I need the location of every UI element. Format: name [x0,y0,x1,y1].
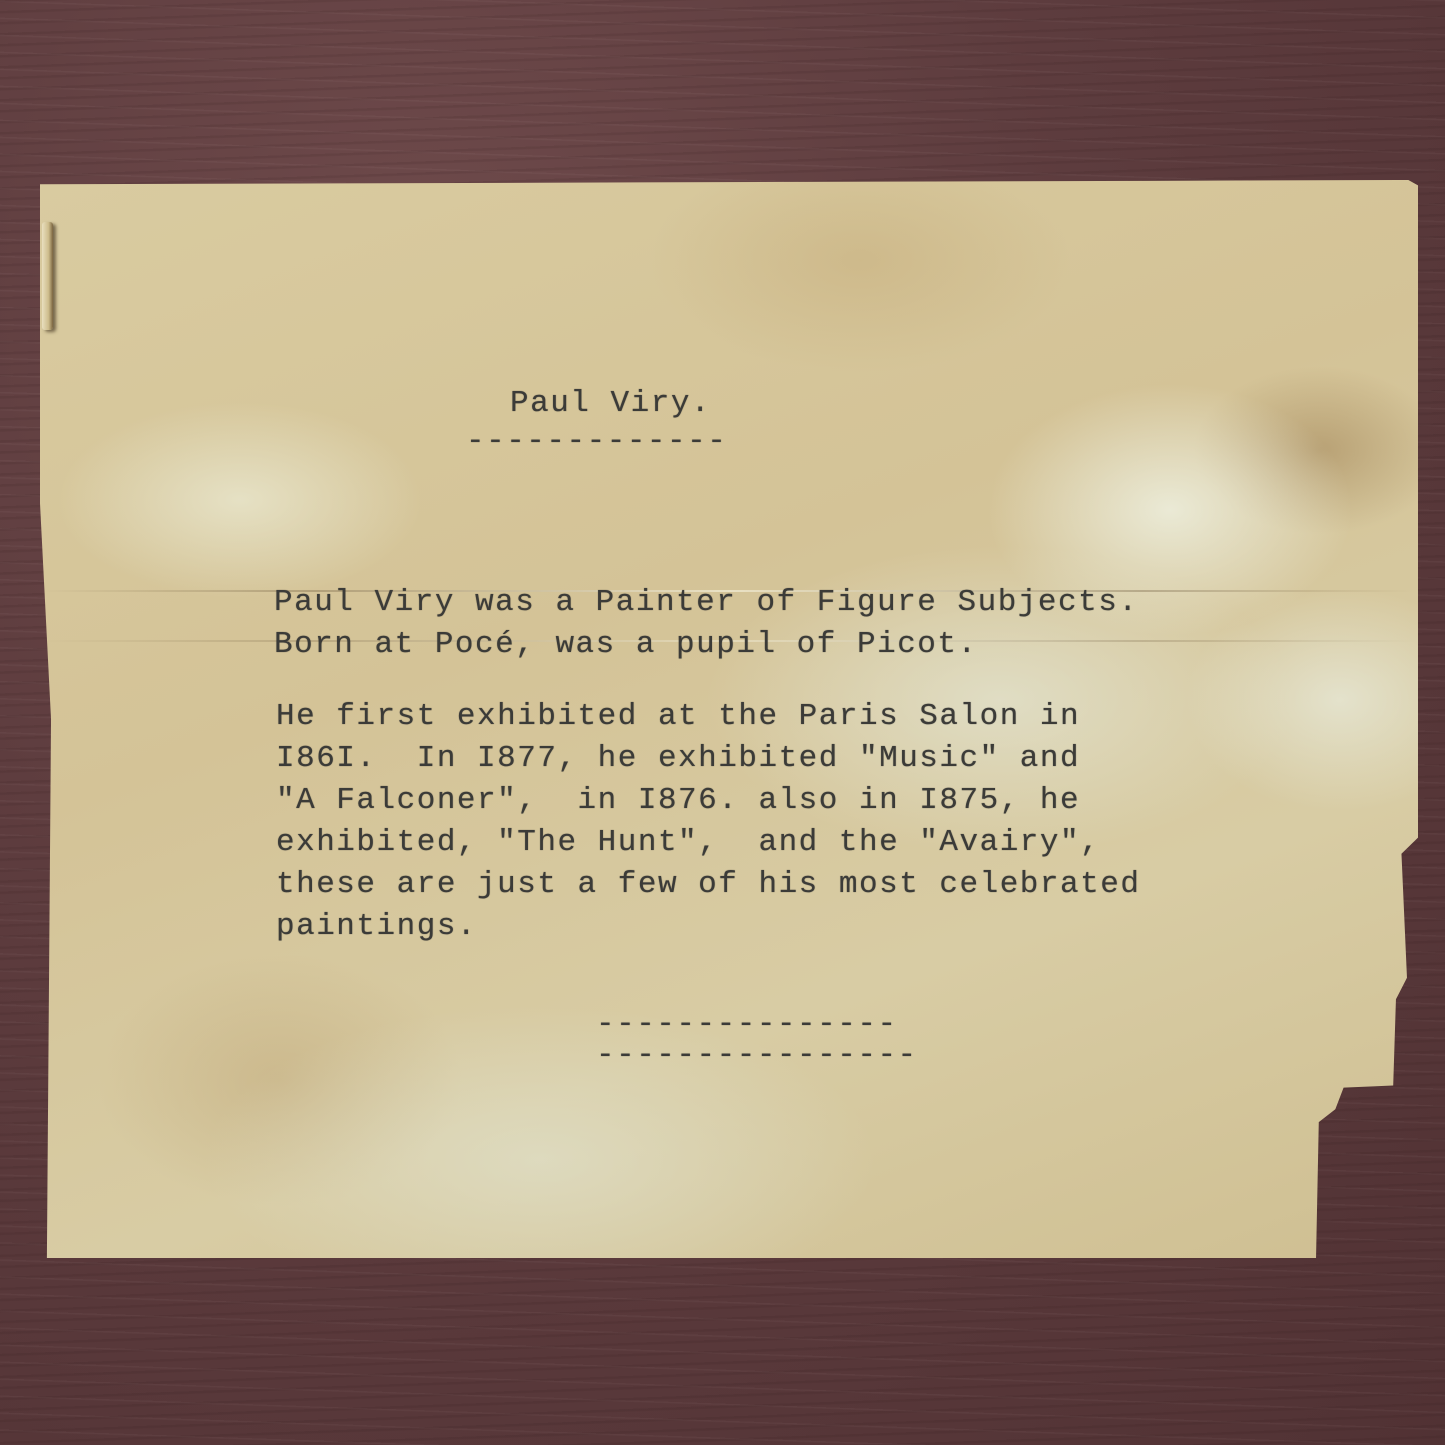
staple-fragment [42,222,53,330]
text-line: Paul Viry was a Painter of Figure Subjec… [274,582,1138,624]
paragraph-biography: Paul Viry was a Painter of Figure Subjec… [274,582,1138,666]
text-line: exhibited, "The Hunt", and the "Avairy", [276,822,1140,864]
text-line: "A Falconer", in I876. also in I875, he [276,780,1140,822]
text-line: paintings. [276,906,1140,948]
text-line: I86I. In I877, he exhibited "Music" and [276,738,1140,780]
title-underline: ------------- [466,424,727,459]
text-line: Born at Pocé, was a pupil of Picot. [274,624,1138,666]
text-line: He first exhibited at the Paris Salon in [276,696,1140,738]
closing-rule-bottom: ---------------- [596,1038,918,1073]
document-title: Paul Viry. [510,386,711,421]
paragraph-exhibitions: He first exhibited at the Paris Salon in… [276,696,1140,948]
text-line: these are just a few of his most celebra… [276,864,1140,906]
closing-rule-top: --------------- [596,1012,898,1038]
